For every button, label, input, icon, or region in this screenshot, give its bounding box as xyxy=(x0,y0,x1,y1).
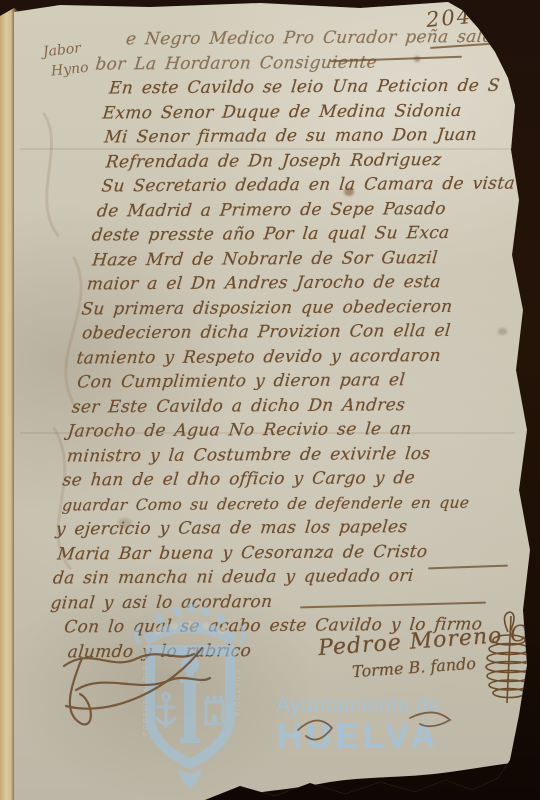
signature-underline-flourish xyxy=(290,700,480,745)
manuscript-line: Su Secretario dedada en la Camara de vis… xyxy=(100,171,533,199)
manuscript-scan: 204 Jabor Hyno e Negro Medico Pro Curado… xyxy=(0,0,540,800)
manuscript-line: guardar Como su decreto de defenderle en… xyxy=(61,490,502,518)
manuscript-line: Mi Senor firmada de su mano Don Juan xyxy=(103,122,538,150)
manuscript-line: obedecieron dicha Provizion Con ella el xyxy=(81,318,519,346)
ink-stain xyxy=(414,56,420,62)
manuscript-line: de Madrid a Primero de Sepe Pasado xyxy=(96,196,531,224)
ink-stain xyxy=(344,188,354,196)
margin-note-line: Hyno xyxy=(50,58,89,82)
manuscript-line: Exmo Senor Duque de Medina Sidonia xyxy=(101,98,540,126)
manuscript-line: maior a el Dn Andres Jarocho de esta xyxy=(86,269,524,297)
manuscript-line: Con Cumplimiento y dieron para el xyxy=(76,367,514,395)
ink-stain xyxy=(498,328,507,335)
manuscript-line: Refrendada de Dn Joseph Rodriguez xyxy=(105,147,536,174)
manuscript-line: Haze Mrd de Nobrarle de Sor Guazil xyxy=(91,245,526,273)
manuscript-line: Jarocho de Agua No Recivio se le an xyxy=(66,416,509,444)
manuscript-line: tamiento y Respeto devido y acordaron xyxy=(75,343,516,371)
manuscript-line: e Negro Medico Pro Curador peña sale xyxy=(125,24,540,51)
manuscript-line: En este Cavildo se leio Una Peticion de … xyxy=(108,73,540,101)
ink-stain xyxy=(118,518,132,528)
signature-left-flourish xyxy=(52,628,242,728)
manuscript-line: deste presste año Por la qual Su Exca xyxy=(90,220,528,248)
manuscript-text-block: e Negro Medico Pro Curador peña sale bor… xyxy=(37,24,540,664)
manuscript-page: 204 Jabor Hyno e Negro Medico Pro Curado… xyxy=(0,0,540,800)
manuscript-line: ser Este Cavildo a dicho Dn Andres xyxy=(71,392,512,420)
margin-note: Jabor Hyno xyxy=(42,38,90,82)
manuscript-line: bor La Hordaron Consiguiente xyxy=(94,49,540,77)
rubric-spiral-icon xyxy=(478,606,540,706)
manuscript-line: ministro y la Costumbre de exivirle los xyxy=(66,441,507,469)
torn-bottom-edge xyxy=(0,752,540,800)
manuscript-line: Maria Bar buena y Cesoranza de Cristo xyxy=(56,539,497,567)
manuscript-line: Su primera disposizion que obedecieron xyxy=(80,294,521,322)
manuscript-line: se han de el dho officio y Cargo y de xyxy=(61,465,504,493)
manuscript-line: da sin mancha ni deuda y quedado ori xyxy=(52,563,495,591)
manuscript-line: ginal y asi lo acordaron xyxy=(49,588,492,616)
